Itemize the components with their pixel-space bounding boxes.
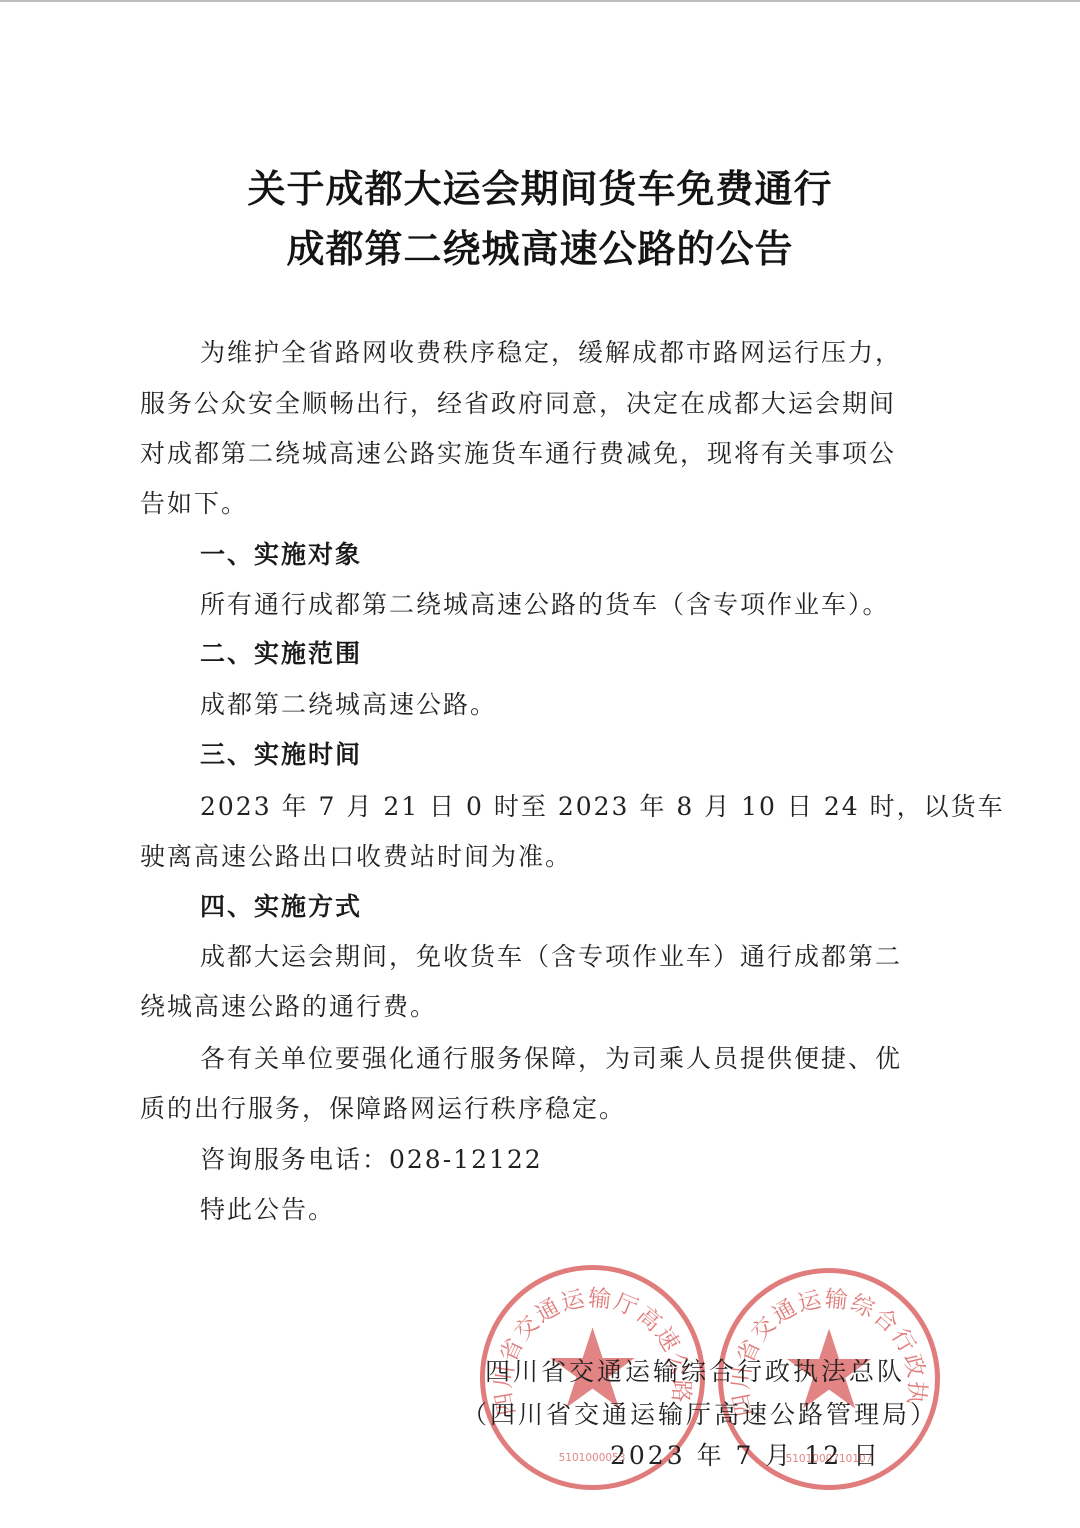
section-heading-3: 三、实施时间: [200, 735, 362, 771]
section-heading-1: 一、实施对象: [200, 535, 362, 571]
section-4-line-1: 成都大运会期间，免收货车（含专项作业车）通行成都第二: [200, 937, 902, 973]
hotline: 咨询服务电话：028-12122: [200, 1140, 543, 1176]
section-2-line-1: 成都第二绕城高速公路。: [200, 685, 497, 721]
closing-line-1: 各有关单位要强化通行服务保障，为司乘人员提供便捷、优: [200, 1039, 902, 1075]
signature-org1: 四川省交通运输综合行政执法总队: [485, 1352, 905, 1388]
section-4-line-2: 绕城高速公路的通行费。: [140, 987, 437, 1023]
closing-line-2: 质的出行服务，保障路网运行秩序稳定。: [140, 1089, 626, 1125]
document-page: 关于成都大运会期间货车免费通行 成都第二绕城高速公路的公告 为维护全省路网收费秩…: [0, 0, 1080, 1528]
intro-line-1: 为维护全省路网收费秩序稳定，缓解成都市路网运行压力，: [200, 333, 902, 369]
intro-line-3: 对成都第二绕城高速公路实施货车通行费减免，现将有关事项公: [140, 434, 896, 470]
section-heading-2: 二、实施范围: [200, 634, 362, 670]
signature-org2: （四川省交通运输厅高速公路管理局）: [462, 1395, 938, 1431]
section-3-line-2: 驶离高速公路出口收费站时间为准。: [140, 837, 572, 873]
intro-line-2: 服务公众安全顺畅出行，经省政府同意，决定在成都大运会期间: [140, 384, 896, 420]
document-title-line1: 关于成都大运会期间货车免费通行: [0, 158, 1080, 213]
section-heading-4: 四、实施方式: [200, 887, 362, 923]
signature-date: 2023 年 7 月 12 日: [610, 1436, 881, 1472]
ending: 特此公告。: [200, 1190, 335, 1226]
section-1-line-1: 所有通行成都第二绕城高速公路的货车（含专项作业车）。: [200, 585, 890, 621]
intro-line-4: 告如下。: [140, 484, 248, 520]
section-3-line-1: 2023 年 7 月 21 日 0 时至 2023 年 8 月 10 日 24 …: [200, 787, 1005, 823]
document-title-line2: 成都第二绕城高速公路的公告: [0, 218, 1080, 273]
